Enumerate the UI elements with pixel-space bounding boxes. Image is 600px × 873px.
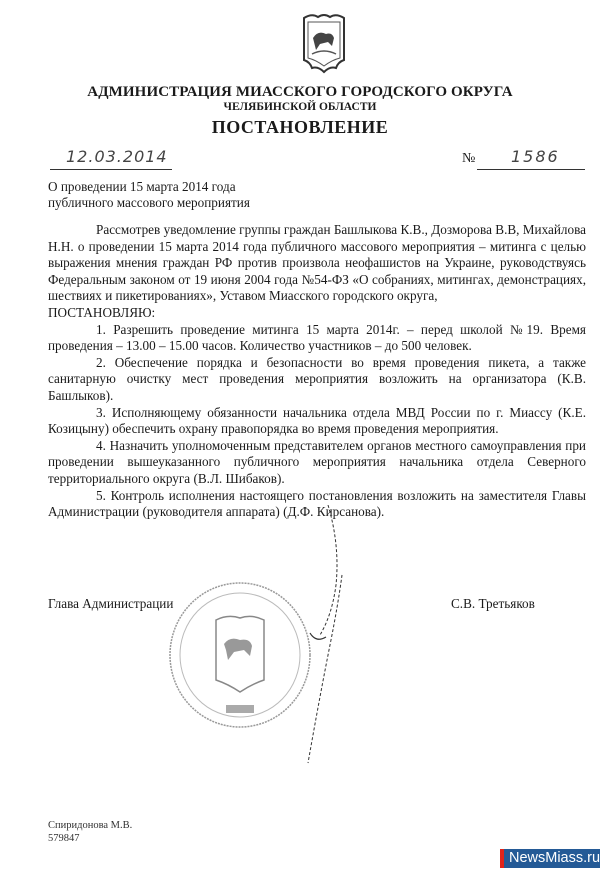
date-value: 12.03.2014 [66, 147, 168, 166]
subject: О проведении 15 марта 2014 года публично… [48, 179, 250, 211]
signatory-title: Глава Администрации [48, 596, 173, 612]
decree-item: 4. Назначить уполномоченным представител… [48, 438, 586, 488]
subject-line: публичного массового мероприятия [48, 195, 250, 211]
executor-phone: 579847 [48, 833, 132, 846]
official-seal-icon [166, 580, 314, 730]
number-label: № [462, 151, 475, 167]
number-field: 1586 [477, 147, 585, 170]
subject-line: О проведении 15 марта 2014 года [48, 179, 250, 195]
decree-item: 3. Исполняющему обязанности начальника о… [48, 405, 586, 438]
preamble: Рассмотрев уведомление группы граждан Ба… [48, 222, 586, 305]
date-field: 12.03.2014 [50, 147, 172, 170]
number-value: 1586 [511, 147, 560, 166]
signatory-name: С.В. Третьяков [451, 596, 535, 612]
decree-item: 1. Разрешить проведение митинга 15 марта… [48, 322, 586, 355]
coat-of-arms-icon [298, 12, 350, 76]
org-region: ЧЕЛЯБИНСКОЙ ОБЛАСТИ [0, 101, 600, 113]
executor-name: Спиридонова М.В. [48, 820, 132, 833]
decree-item: 2. Обеспечение порядка и безопасности во… [48, 355, 586, 405]
executor-info: Спиридонова М.В. 579847 [48, 820, 132, 845]
document-body: Рассмотрев уведомление группы граждан Ба… [48, 222, 586, 521]
document-type: ПОСТАНОВЛЕНИЕ [0, 117, 600, 138]
newsmiass-watermark: NewsMiass.ru [500, 849, 600, 868]
decree-word: ПОСТАНОВЛЯЮ: [48, 305, 586, 322]
org-name: АДМИНИСТРАЦИЯ МИАССКОГО ГОРОДСКОГО ОКРУГ… [0, 84, 600, 101]
